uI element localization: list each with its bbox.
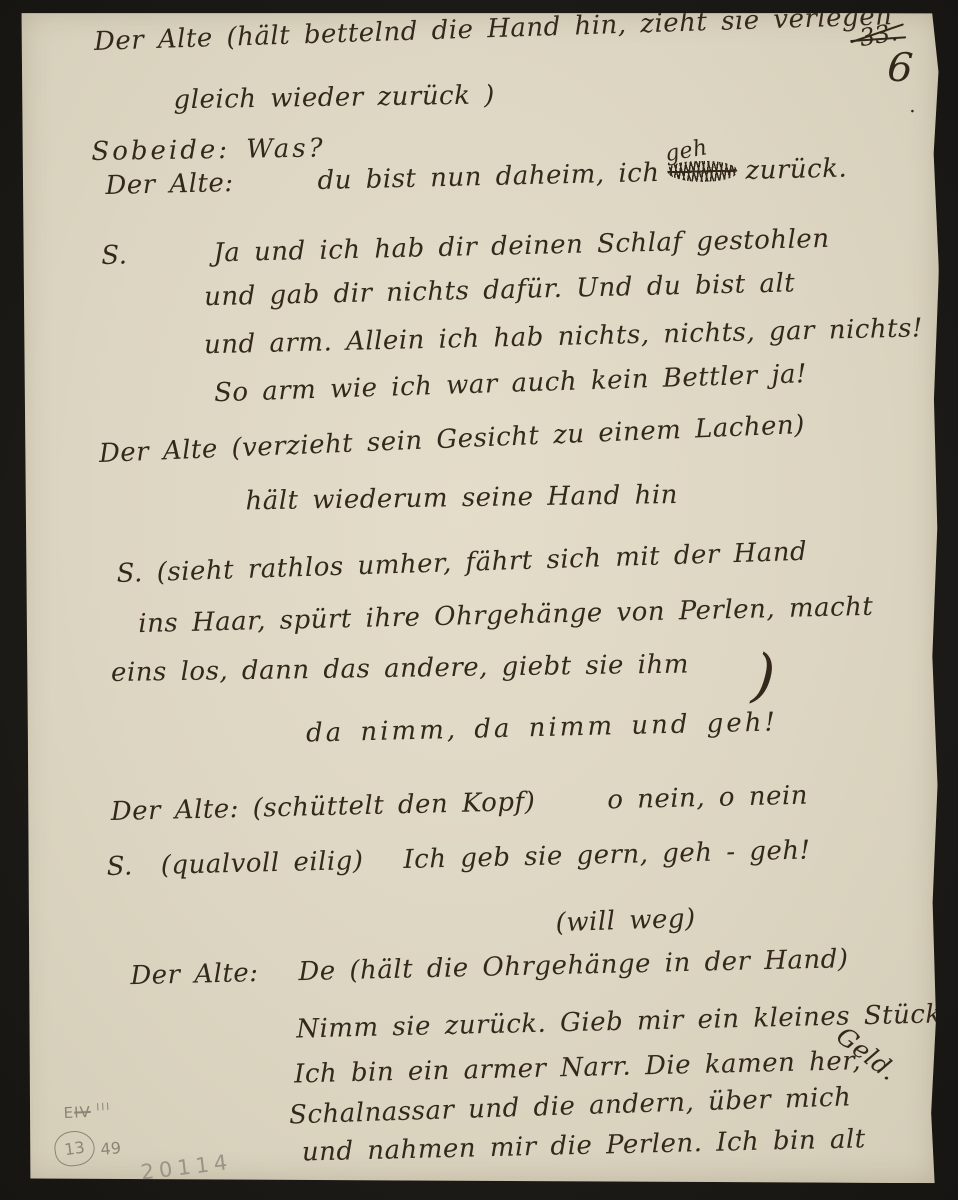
manuscript-line: da nimm, da nimm und geh!: [306, 707, 779, 748]
dialogue-text: o nein, o nein: [607, 781, 808, 816]
manuscript-line: Der Alte:De (hält die Ohrgehänge in der …: [130, 944, 849, 991]
manuscript-line: und arm. Allein ich hab nichts, nichts, …: [204, 313, 924, 360]
manuscript-line: hält wiederum seine Hand hin: [245, 480, 678, 516]
manuscript-line: Der Alte: (schüttelt den Kopf)o nein, o …: [110, 781, 808, 827]
page-number: 6: [886, 44, 915, 92]
dialogue-text: zurück.: [745, 154, 847, 186]
stage-direction: (will weg): [555, 904, 696, 939]
shelfmark-suffix: III: [96, 1102, 111, 1114]
speaker-and-direction: Der Alte: (schüttelt den Kopf): [110, 787, 535, 827]
dialogue-text: De (hält die Ohrgehänge in der Hand): [298, 944, 849, 987]
manuscript-line: S.(qualvoll eilig)Ich geb sie gern, geh …: [106, 835, 811, 882]
diagonal-number-annotation: 20114: [139, 1150, 233, 1185]
manuscript-page: 33. 6 . Der Alte (hält bettelnd die Hand…: [18, 11, 939, 1183]
circled-number: 13: [63, 1138, 86, 1160]
manuscript-line: ins Haar, spürt ihre Ohrgehänge von Perl…: [138, 592, 874, 639]
speaker-label: S.: [101, 240, 128, 271]
dialogue-text: Ich geb sie gern, geh - geh!: [403, 835, 811, 875]
manuscript-line: Schalnassar und die andern, über mich: [289, 1082, 852, 1130]
dialogue-text: Ja und ich hab dir deinen Schlaf gestohl…: [213, 224, 830, 269]
manuscript-line: und nahmen mir die Perlen. Ich bin alt: [302, 1124, 866, 1167]
shelfmark-struck-part: IV: [74, 1103, 92, 1122]
scan-background: 33. 6 . Der Alte (hält bettelnd die Hand…: [0, 0, 958, 1200]
shelfmark-annotation: EIV III: [63, 1102, 112, 1122]
speaker-label: Der Alte:: [105, 168, 234, 201]
manuscript-line: Sobeide: Was?: [91, 134, 326, 167]
page-number-dot: .: [909, 93, 915, 117]
manuscript-line: eins los, dann das andere, giebt sie ihm: [111, 649, 689, 688]
circled-number-annotation: 13: [52, 1128, 96, 1168]
dialogue-text: du bist nun daheim, ich: [317, 158, 660, 196]
closing-paren: ): [750, 641, 778, 710]
speaker-label: Der Alte:: [130, 958, 259, 991]
manuscript-line: und gab dir nichts dafür. Und du bist al…: [204, 268, 796, 312]
stage-direction: (qualvoll eilig): [160, 846, 363, 881]
manuscript-line: S.Ja und ich hab dir deinen Schlaf gesto…: [101, 224, 830, 271]
manuscript-line: So arm wie ich war auch kein Bettler ja!: [214, 359, 808, 408]
number-annotation: 49: [100, 1138, 122, 1159]
manuscript-line: Der Alte (hält bettelnd die Hand hin, zi…: [93, 1, 892, 57]
manuscript-line: Der Alte (verzieht sein Gesicht zu einem…: [98, 410, 805, 469]
speaker-label: S.: [116, 558, 143, 589]
manuscript-line: gleich wieder zurück ): [173, 80, 495, 115]
manuscript-line: Ich bin ein armer Narr. Die kamen her,: [294, 1046, 862, 1089]
dialogue-text: (sieht rathlos umher, fährt sich mit der…: [156, 537, 807, 588]
manuscript-line: S.(sieht rathlos umher, fährt sich mit d…: [116, 537, 807, 589]
speaker-label: S.: [106, 851, 133, 882]
